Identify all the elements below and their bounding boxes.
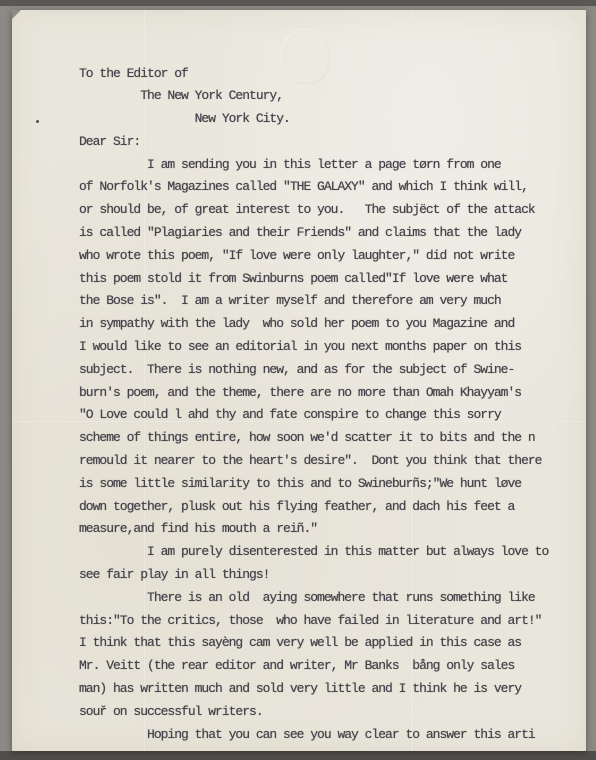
letter-line: New York City. <box>79 108 548 131</box>
letter-line: Mr. Veitt (the rear editor and writer, M… <box>79 655 548 678</box>
photo-edge-bottom <box>0 751 596 760</box>
letter-line: or should be, of great interest to you. … <box>79 199 548 222</box>
letter-line: There is an old aying somewhere that run… <box>79 587 548 610</box>
letter-line: To the Editor of <box>79 63 548 86</box>
photo-edge-top <box>0 0 596 6</box>
letter-line: scheme of things entire, how soon we'd s… <box>79 427 548 450</box>
letter-line: Hoping that you can see you way clear to… <box>79 724 548 747</box>
letter-body: To the Editor of The New York Century, N… <box>79 63 548 747</box>
letter-line: is some little similarity to this and to… <box>79 473 548 496</box>
letter-line: see fair play in all things! <box>79 564 548 587</box>
letter-line: The New York Century, <box>79 85 548 108</box>
letter-line: this:"To the critics, those who have fai… <box>79 610 548 633</box>
letter-line: Dear Sir: <box>79 131 548 154</box>
letter-line: in sympathy with the lady who sold her p… <box>79 313 548 336</box>
letter-line: subject. There is nothing new, and as fo… <box>79 359 548 382</box>
stray-ink-dot <box>36 120 39 123</box>
letter-line: of Norfolk's Magazines called "THE GALAX… <box>79 176 548 199</box>
letter-paper: To the Editor of The New York Century, N… <box>12 10 586 751</box>
letter-line: I am sending you in this letter a page t… <box>79 154 548 177</box>
letter-line: souř on successful writers. <box>79 701 548 724</box>
letter-line: burn's poem, and the theme, there are no… <box>79 382 548 405</box>
letter-line: who wrote this poem, "If love were only … <box>79 245 548 268</box>
letter-line: remould it nearer to the heart's desire"… <box>79 450 548 473</box>
paper-corner-clip <box>12 10 21 19</box>
letter-line: the Bose is". I am a writer myself and t… <box>79 290 548 313</box>
letter-line: this poem stold it from Swinburns poem c… <box>79 268 548 291</box>
letter-line: "O Love could l ahd thy and fate conspir… <box>79 404 548 427</box>
letter-line: I think that this sayèng cam very well b… <box>79 632 548 655</box>
letter-line: I would like to see an editorial in you … <box>79 336 548 359</box>
letter-line: man) has written much and sold very litt… <box>79 678 548 701</box>
letter-line: down together, plusk out his flying feat… <box>79 496 548 519</box>
letter-line: is called "Plagiaries and their Friends"… <box>79 222 548 245</box>
letter-line: I am purely disenterested in this matter… <box>79 541 548 564</box>
letter-line: measure,and find his mouth a reiñ." <box>79 518 548 541</box>
